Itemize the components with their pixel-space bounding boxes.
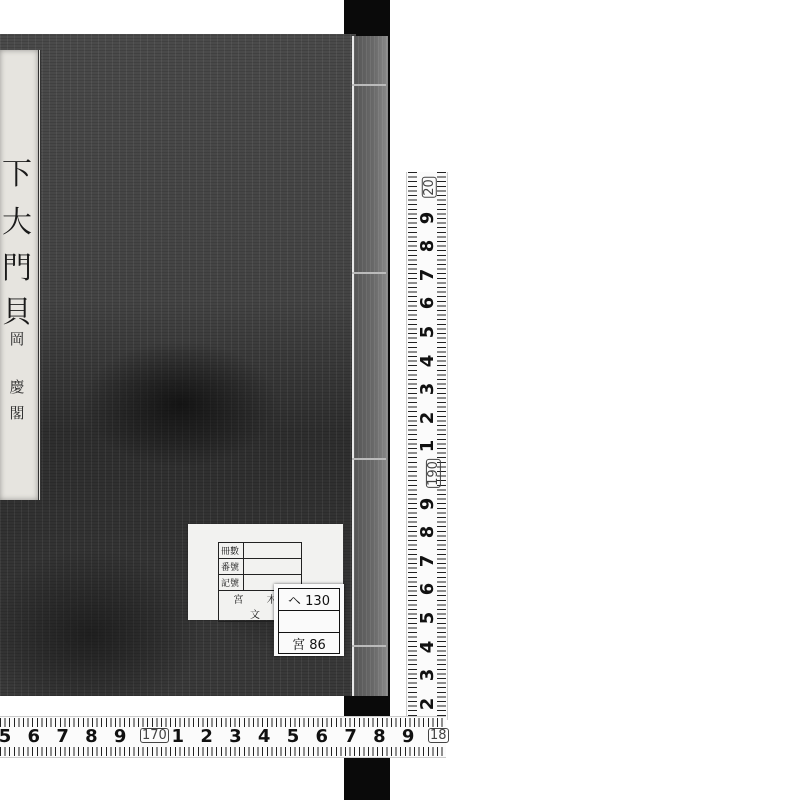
ruler-label: 5 — [419, 323, 437, 341]
ruler-label: 5 — [284, 728, 302, 746]
ruler-label: 6 — [25, 728, 43, 746]
ruler-label: 9 — [419, 495, 437, 513]
tag-row: 宮 86 — [279, 633, 339, 654]
book-spine — [352, 36, 388, 696]
ruler-label: 5 — [0, 728, 14, 746]
title-subtext: 閣 — [4, 406, 30, 421]
title-char: 下 — [2, 160, 32, 190]
binding-stitch — [352, 272, 386, 274]
ruler-label: 20 — [422, 177, 437, 198]
ruler-label: 7 — [54, 728, 72, 746]
title-subtext: 岡 — [4, 332, 30, 347]
tag-row: ヘ 130 — [279, 589, 339, 611]
ruler-label: 9 — [111, 728, 129, 746]
ruler-label: 8 — [82, 728, 100, 746]
ruler-label: 3 — [226, 728, 244, 746]
ruler-label: 8 — [370, 728, 388, 746]
title-char: 門 — [2, 254, 32, 284]
label-value — [244, 559, 302, 575]
label-key: 番號 — [219, 559, 244, 575]
tag-row — [279, 611, 339, 633]
ruler-label: 9 — [399, 728, 417, 746]
ruler-label: 8 — [419, 237, 437, 255]
ruler-label: 5 — [419, 609, 437, 627]
ruler-label: 7 — [342, 728, 360, 746]
binding-stitch — [352, 645, 386, 647]
ruler-label: 2 — [419, 695, 437, 713]
ruler-label: 4 — [419, 352, 437, 370]
ruler-label: 9 — [419, 209, 437, 227]
ruler-label: 18 — [428, 728, 449, 743]
ruler-label: 2 — [419, 409, 437, 427]
ruler-label: 3 — [419, 380, 437, 398]
title-char: 貝 — [2, 298, 32, 328]
ruler-label: 8 — [419, 523, 437, 541]
ruler-label: 4 — [419, 638, 437, 656]
label-key: 記號 — [219, 575, 244, 591]
ruler-label: 7 — [419, 552, 437, 570]
ruler-label: 2 — [198, 728, 216, 746]
label-key: 冊數 — [219, 543, 244, 559]
title-char: 大 — [2, 208, 32, 238]
ruler-label: 7 — [419, 266, 437, 284]
horizontal-ruler: 5678917012345678918 — [0, 716, 446, 758]
binding-stitch — [352, 458, 386, 460]
ruler-label: 190 — [426, 459, 441, 488]
label-value — [244, 543, 302, 559]
title-slip: 下 大 門 貝 岡 慶 閣 — [0, 50, 41, 500]
ruler-label: 6 — [419, 294, 437, 312]
ruler-label: 4 — [255, 728, 273, 746]
call-number-tag: ヘ 130 宮 86 — [274, 584, 344, 656]
ruler-label: 6 — [313, 728, 331, 746]
ruler-label: 1 — [169, 728, 187, 746]
binding-stitch — [352, 84, 386, 86]
ruler-label: 1 — [419, 437, 437, 455]
ruler-label: 170 — [140, 728, 169, 743]
ruler-label: 3 — [419, 666, 437, 684]
vertical-ruler: 2098765432119098765432 — [406, 172, 448, 720]
ruler-label: 6 — [419, 580, 437, 598]
title-subtext: 慶 — [4, 380, 30, 395]
